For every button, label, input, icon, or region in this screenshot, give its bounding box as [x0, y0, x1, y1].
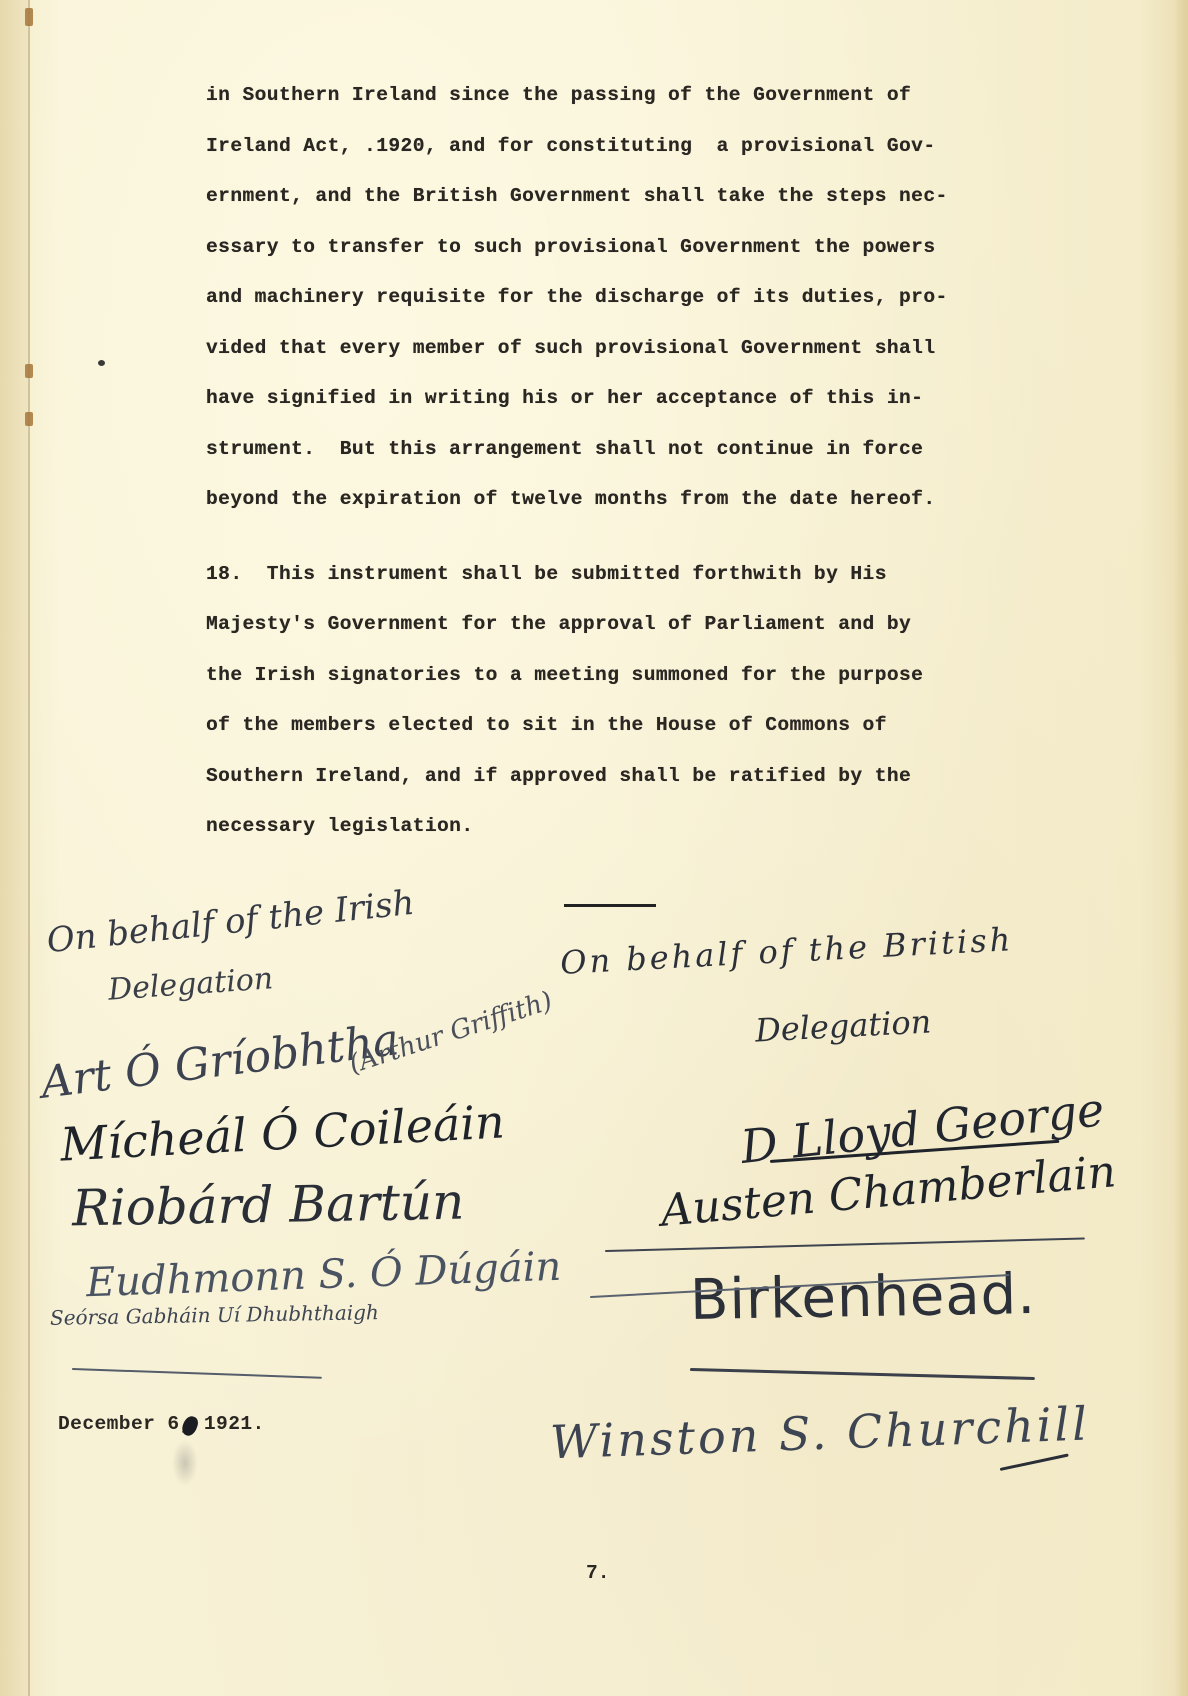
signature-chamberlain: Austen Chamberlain	[659, 1150, 1118, 1234]
clause-18-line: of the members elected to sit in the Hou…	[206, 700, 1106, 751]
irish-delegation-heading: On behalf of the Irish	[45, 886, 416, 958]
ink-smudge	[172, 1440, 198, 1486]
body-line: in Southern Ireland since the passing of…	[206, 70, 1106, 121]
body-line: strument. But this arrangement shall not…	[206, 424, 1106, 475]
signature-underline	[690, 1368, 1035, 1380]
right-page-edge	[1174, 0, 1188, 1696]
body-line: vided that every member of such provisio…	[206, 323, 1106, 374]
document-page: in Southern Ireland since the passing of…	[0, 0, 1188, 1696]
body-line: Ireland Act, .1920, and for constituting…	[206, 121, 1106, 172]
staple-mark	[25, 364, 33, 378]
british-delegation-heading: On behalf of the British	[559, 923, 1013, 979]
clause-18-line: the Irish signatories to a meeting summo…	[206, 650, 1106, 701]
signature-griffith-irish: Art Ó Gríobhtha	[39, 1018, 402, 1106]
treaty-date: December 6, 1921.	[58, 1413, 265, 1435]
british-delegation-heading-2: Delegation	[754, 1005, 932, 1046]
staple-mark	[25, 412, 33, 426]
irish-delegation-heading-2: Delegation	[107, 964, 274, 1005]
body-line: essary to transfer to such provisional G…	[206, 222, 1106, 273]
signature-collins: Mícheál Ó Coileáin	[59, 1098, 506, 1167]
signature-duggan: Eudhmonn S. Ó Dúgáin	[85, 1247, 561, 1304]
clause-18-line: Majesty's Government for the approval of…	[206, 599, 1106, 650]
signature-gavan-duffy: Seórsa Gabháin Uí Dhubhthaigh	[50, 1302, 379, 1328]
staple-mark	[25, 8, 33, 26]
treaty-body-text: in Southern Ireland since the passing of…	[206, 70, 1106, 852]
clause-18-line: 18. This instrument shall be submitted f…	[206, 549, 1106, 600]
signature-barton: Riobárd Bartún	[72, 1177, 465, 1234]
clause-18-line: Southern Ireland, and if approved shall …	[206, 751, 1106, 802]
binding-fold	[28, 0, 30, 1696]
body-line: and machinery requisite for the discharg…	[206, 272, 1106, 323]
body-line: have signified in writing his or her acc…	[206, 373, 1106, 424]
body-line: beyond the expiration of twelve months f…	[206, 474, 1106, 525]
signature-flourish	[1000, 1453, 1069, 1470]
body-line: ernment, and the British Government shal…	[206, 171, 1106, 222]
clause-18-line: necessary legislation.	[206, 801, 1106, 852]
separator-dash	[564, 904, 656, 907]
signature-churchill: Winston S. Churchill	[549, 1401, 1090, 1466]
signature-underline	[72, 1368, 322, 1378]
left-margin	[0, 0, 28, 1696]
signature-underline	[605, 1237, 1085, 1252]
page-number: 7.	[586, 1562, 610, 1584]
ink-speck	[98, 360, 105, 366]
paragraph-gap	[206, 525, 1106, 549]
